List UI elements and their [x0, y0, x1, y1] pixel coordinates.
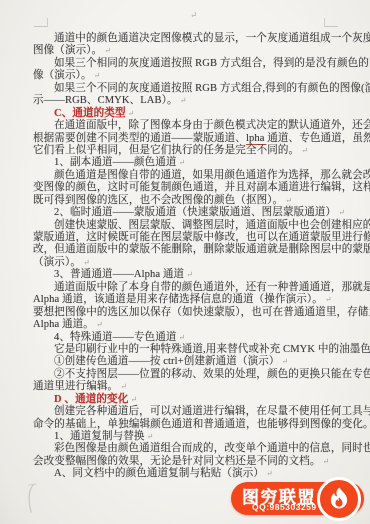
- text-line: 彩色图像是由颜色通道组合而成的，改变单个通道中的信息，同时也: [33, 443, 345, 455]
- paragraph-mark: ↵: [104, 46, 111, 55]
- text-line: 示——RGB、CMYK、LAB）。↵: [33, 95, 345, 107]
- paragraph-mark: ↵: [130, 395, 137, 404]
- paragraph-mark: ↵: [147, 432, 154, 441]
- text-line: 1、副本通道——颜色通道↵: [33, 157, 345, 169]
- text-line: ②不支持图层——位置的移动、效果的处理，颜色的更换只能在专色: [33, 369, 345, 381]
- text-line: 它是印刷行业中的一种特殊通道,用来替代或补充 CMYK 中的油墨色。↵: [33, 344, 345, 356]
- pen-stroke-mark: [20, 482, 40, 516]
- text-line: 根据需要创建不同类型的通道——蒙版通道、lpha 通道、专色通道，虽然: [33, 133, 345, 145]
- text-line: 通道面版中除了本身自带的颜色通道外，还有一种普通通道，那就是: [33, 282, 345, 294]
- text-line: 如果三个相同的灰度通道按照 RGB 方式组合，得到的是没有颜色的图: [33, 58, 345, 70]
- document-page: ↵ 通道中的颜色通道决定图像模式的显示，一个灰度通道组成一个灰度 图像（演示）。…: [0, 0, 370, 524]
- text-line: Alpha 通道。↵: [33, 319, 345, 331]
- paragraph-mark: ↵: [322, 457, 329, 466]
- document-text: 通道中的颜色通道决定图像模式的显示，一个灰度通道组成一个灰度 图像（演示）。↵ …: [33, 33, 345, 481]
- text-line: 既可得到图像的选区，也不会改图像的颜色（抠图）。↵: [33, 195, 345, 207]
- text-line: 如果三个不同的灰度通道按照 RGB 方式组合,得到的有颜色的图像(演: [33, 83, 345, 95]
- paragraph-mark: ↵: [282, 357, 289, 366]
- paragraph-mark: ↵: [186, 270, 193, 279]
- text-line: 变图像的颜色，这时可能复制颜色通道，并且对副本通道进行编辑，这样: [33, 182, 345, 194]
- paragraph-mark: ↵: [285, 196, 292, 205]
- text-line: ①创建传色通道——按 ctrl+创建新通道（演示）↵: [33, 356, 345, 368]
- text-line: 在通道面版中，除了图像本身由于颜色模式决定的默认通道外，还会: [33, 120, 345, 132]
- paragraph-mark: ↵: [83, 258, 90, 267]
- text-line: 会改变整幅图像的效果，无论是针对同文档还是不同的文档。↵: [33, 456, 345, 468]
- text-line: 通道里进行编辑。↵: [33, 381, 345, 393]
- text-line: 4、特殊通道——专色通道↵: [33, 332, 345, 344]
- text-line: 创建完各种通道后，可以对通道进行编辑，在尽量不使用任何工具与: [33, 406, 345, 418]
- text-line: 颜色通道是图像自带的通道，如果用颜色通道作为选择，那么就会改: [33, 170, 345, 182]
- paragraph-mark: ↵: [179, 333, 186, 342]
- text-line: 图像（演示）。↵: [33, 45, 345, 57]
- paragraph-mark: ↵: [338, 208, 345, 217]
- text-line: 要想把图像中的选区加以保存（如快速蒙版），也可在普通通道里，存储为: [33, 307, 345, 319]
- paragraph-mark: ↵: [179, 158, 186, 167]
- text-line: 蒙版通道，这时候既可能在图层蒙版中修改，也可以在通道蒙版里进行修: [33, 232, 345, 244]
- paragraph-mark: ↵: [96, 320, 103, 329]
- text-line: 命令的基础上，单独编辑颜色通道和普通通道，也能够得到图像的变化。↵: [33, 419, 345, 431]
- watermark-qq-number: QQ:985303259: [252, 502, 317, 512]
- paragraph-mark: ↵: [120, 382, 127, 391]
- paragraph-mark: ↵: [128, 109, 135, 118]
- watermark-badge: 图穷联盟 QQ:985303259: [231, 479, 370, 521]
- text-line: 3、普通通道——Alpha 通道↵: [33, 269, 345, 281]
- text-line: 像（演示）。↵: [33, 70, 345, 82]
- margin-corner-mark-top-right: [324, 18, 338, 27]
- text-line: 改，但通道面版中的蒙版不能删除，删除蒙版通道就是删除图层中的蒙版: [33, 244, 345, 256]
- section-heading-c: C、通道的类型↵: [33, 108, 345, 120]
- text-line: 它们看上似乎相同，但是它们执行的任务是完全不同的。↵: [33, 145, 345, 157]
- text-line: 通道中的颜色通道决定图像模式的显示，一个灰度通道组成一个灰度: [33, 33, 345, 45]
- flame-icon: [317, 477, 361, 521]
- paragraph-mark: ↵: [301, 146, 308, 155]
- paragraph-mark: ↵: [266, 469, 273, 478]
- paragraph-mark: ↵: [180, 96, 187, 105]
- margin-corner-mark-top-left: [34, 18, 48, 27]
- text-line: 创建快速蒙版、图层蒙版、调整图层时，通道面版中也会创建相应的: [33, 220, 345, 232]
- paragraph-mark: ↵: [94, 71, 101, 80]
- paragraph-mark: ↵: [325, 295, 332, 304]
- section-heading-d: D 、通道的变化↵: [33, 394, 345, 406]
- text-line: 1、通道复制与替换↵: [33, 431, 345, 443]
- spellcheck-underlined-word: lpha: [246, 133, 265, 145]
- paragraph-mark: ↵: [189, 10, 198, 22]
- text-line: （演示）。↵: [33, 257, 345, 269]
- text-line: Alpha 通道，该通道是用来存储选择信息的通道（操作演示）。↵: [33, 294, 345, 306]
- text-line: 2、临时通道——蒙版通道（快速蒙版通道、图层蒙版通道）↵: [33, 207, 345, 219]
